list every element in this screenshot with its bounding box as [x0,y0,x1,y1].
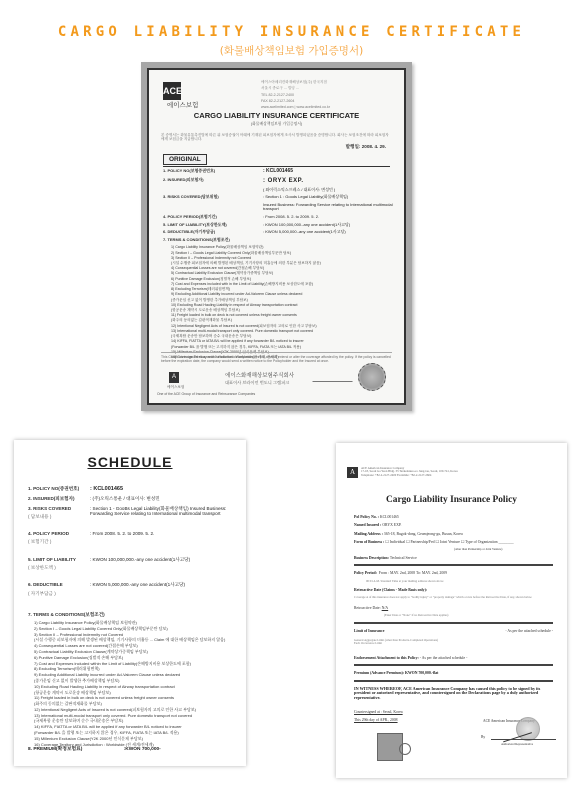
authorized-label: Authorized Representative [501,743,533,746]
retro-date-value: N/A [382,606,389,610]
field-row: 2. INSURED(피보험자): (주)오릭스통운 / 대표이사: 변성민 [28,496,236,501]
term-item: 12) Intentional Negligent Acts of Insure… [171,324,394,328]
premium-value: :KWON 700,000- [124,747,161,752]
stamp-cancel-icon [399,743,411,755]
field-value: : KWON 5,000,000.-any one accident(1사고당) [90,582,236,596]
term-item: 7) Cost and Expenses included with in th… [171,282,394,286]
field-label: Business Description: [354,556,389,560]
term-item: 4) Consequential Losses are not covered(… [171,266,394,270]
schedule-premium: 8. PREMIUM(확정보험료) :KWON 700,000- [28,747,201,753]
field-label: 7. TERMS & CONDITIONS(보험조건) [163,238,263,243]
field-row: 2. INSURED(피보험자): ORYX EXP. [163,178,394,185]
address-line: 서울시 종로구 ... 빌딩 ... [261,86,401,90]
certificate-terms: 1) Cargo Liability Insurance Policy(화물배상… [171,245,394,359]
field-label: 3. RISKS COVERED( 담보내용 ) [28,506,90,520]
field-value: Technical Service [390,556,417,560]
divider [354,622,553,624]
policy-fields: Pol Policy No. : KCL001465Named Insured … [354,515,553,727]
page-subtitle: (화물배상책임보험 가입증명서) [0,43,583,58]
divider [354,564,553,566]
field-label: 6. DEDUCTIBLE( 자기부담금 ) [28,582,90,596]
policy-period-value: From : MAY. 2nd, 2008 To: MAY. 2nd, 2009 [379,571,447,575]
field-label: Mailing Address : [354,532,383,536]
field-label: 4. POLICY PERIOD(보험기간) [163,215,263,220]
signature-icon [312,373,355,382]
field-value: : (주)오릭스통운 / 대표이사: 변성민 [90,496,236,501]
company-seal-icon [358,363,386,391]
by-label: By [481,735,485,739]
premium-label: Premium (Advance Premium): [354,671,404,675]
field-row: 3. RISKS COVERED(담보위험): Section 1 : Good… [163,195,394,200]
signature-line [491,739,556,740]
endorsement-value: - As per the attached schedule - [420,656,468,660]
policy-period-note: 00:01 A.M. Standard Time at your mailing… [366,580,553,583]
schedule-title: SCHEDULE [14,454,246,470]
certificate-intro: 본 증명서는 화물유통촉진법에 따른 위 보험증권이 아래에 기재된 피보험자에… [161,133,392,141]
company-name: 에이스화재해상보험주식회사 [225,373,294,379]
footer-logo-text: 에이스보험 [167,385,184,389]
certificate-footer-note: This Certificate is issued as a matter o… [161,352,392,364]
field-row: 1. POLICY NO(보험증권번호): KCL001465 [163,169,394,175]
countersigned: Countersigned at : Seoul, Korea [354,710,403,714]
field-label: 4. POLICY PERIOD( 보험기간 ) [28,531,90,545]
field-value: (other than Partnership or Joint Venture… [454,547,502,551]
field-label: 6. DEDUCTIBLE(자기부담금) [163,230,263,235]
ace-logo-icon: A [169,372,179,383]
endorsement-label: Endorsement Attachment to this Policy: [354,656,419,660]
divider [354,664,553,666]
field-value: : KWON 100,000,000.-any one accident(1사고… [263,223,394,228]
divider [163,166,390,167]
field-row: ( 와이릭스익스프레스 / 대표이사: 변성민 ) [163,188,394,193]
field-value: : Section 1 : Goods Legal Liability(화물배상… [263,195,394,200]
term-item: 11) Freight loaded in bulk on deck is no… [171,313,394,317]
field-label: Pol Policy No. : [354,515,379,519]
field-label: 3. RISKS COVERED(담보위험) [163,195,263,200]
field-row: 4. POLICY PERIOD( 보험기간 ): From 2008. 5. … [28,531,236,545]
term-item: 1) Cargo Liability Insurance Policy(화물배상… [171,245,394,249]
field-value [263,238,394,243]
field-value: Insured Business: Forwarding Service rel… [263,203,394,212]
field-value: : Section 1 - GooBs Legal Liability(화물배상… [90,506,236,520]
term-item: (항공운송 계약시 도로운송 배상책임 부담보) [171,308,394,312]
term-item: (화주의 동의없는 갑판적재화물 부담보) [34,702,236,707]
term-item: 2) Section I – Goods Legal Liability Cov… [34,627,236,632]
policy-document: A ACE American Insurance Company17-18, S… [336,443,567,778]
field-label: Form of Business : [354,540,384,544]
term-item: 6) Punitive Damage Exclusion(징벌적 손해 부담보) [171,277,394,281]
field-label: 5. LIMIT OF LIABILITY(보상한도액) [163,223,263,228]
term-item: (Forwarder B/L 을 발행 또는 고지하지 않은 경우, KIFFA… [171,345,394,349]
original-stamp: ORIGINAL [163,154,207,165]
field-sublabel: ( 보상한도액 ) [28,565,90,570]
field-label [163,203,263,212]
field-value: : From 2008. 5. 2. to 2009. 5. 2. [263,215,394,220]
field-value: : KWON 5,000,000.-any one accident(1사고당) [263,230,394,235]
field-label: 2. INSURED(피보험자) [28,496,90,501]
field-value: : KCL001465 [263,169,394,175]
ace-logo-icon: A [347,467,358,478]
limit-label: Limit of Insurance [354,629,384,633]
term-item: 6) Punitive Damage Exclusion(징벌적 손해 부담보) [34,656,236,661]
ace-logo-icon: ACE [163,82,181,100]
certificate-logo-text: 에이스보험 [167,102,198,109]
term-item: 10) Excluding Road Hauling Liability in … [171,303,394,307]
field-label: 1. POLICY NO(보험증권번호) [163,169,263,175]
term-item: 5) Contractual Liability Exclusion Claus… [171,271,394,275]
schedule-fields: 1. POLICY NO(증권번호): KCL0014652. INSURED(… [28,486,236,748]
field-row: Mailing Address : 365-18, Bugok-dong, Ge… [354,532,553,536]
company-representative: 대표이사 브라이언 번도니 그렘퍼크 [225,381,289,386]
term-item: (종가운임 신고 없이 발생한 추가배상책임 부담보) [171,298,394,302]
limit-value: - As per the attached schedule - [505,629,553,633]
field-value: : From 2008. 5. 2. to 2009. 5. 2. [90,531,236,545]
retro-date-label: Retroactive Date: [354,606,381,610]
retro-heading: Retroactive Date (Claims - Made Basis on… [354,588,427,592]
terms-heading: 7. TERMS & CONDITIONS(보험조건) [28,612,105,617]
field-sublabel: ( 보험기간 ) [28,539,90,544]
field-value: 365-18, Bugok-dong, Geumjeong-gu, Busan,… [384,532,463,536]
field-row: 1. POLICY NO(증권번호): KCL001465 [28,486,236,492]
field-row: 6. DEDUCTIBLE( 자기부담금 ): KWON 5,000,000.-… [28,582,236,596]
field-value: : KCL001465 [90,486,236,492]
retro-date-note: (Enter Date or "None" if no Retroactive … [384,614,553,617]
witness-text: IN WITNESS WHEREOF, ACE American Insuran… [354,687,553,701]
term-item: (종가운임 신고 없이 발생한 추가배상책임 부담보) [34,679,236,684]
field-value: ORYX EXP. [382,523,401,527]
field-row: 4. POLICY PERIOD(보험기간): From 2008. 5. 2.… [163,215,394,220]
term-item: 14) KIFFA, FIATTA or IATA B/L will be ap… [171,339,394,343]
address-line: FAX 82-2-2127-2604 [261,99,401,103]
term-item: 3) Section II – Professional Indemnity n… [171,256,394,260]
field-row: Form of Business : ☐ Individual ☐ Partne… [354,540,553,544]
field-row: Business Description: Technical Service [354,556,553,560]
field-label: 5. LIMIT OF LIABILITY( 보상한도액 ) [28,557,90,571]
field-row: 5. LIMIT OF LIABILITY(보상한도액): KWON 100,0… [163,223,394,228]
term-item: 2) Section I – Goods Legal Liability Cov… [171,251,394,255]
policy-period-label: Policy Period: [354,571,377,575]
term-item: (국제복합 운송만 담보하며 순수 국내운송은 부담보) [171,334,394,338]
term-item: 8) Excluding Terrorism(테러위험면책) [171,287,394,291]
certificate-address: 에이스아메리칸화재해상보험(주) 한국지점서울시 종로구 ... 빌딩 ...T… [261,80,401,112]
policy-address: ACE American Insurance Company17-18, Seo… [361,467,458,477]
term-item: 10) Excluding Road Hauling Liability in … [34,685,236,690]
certificate-fields: 1. POLICY NO(보험증권번호): KCL0014652. INSURE… [163,169,394,360]
field-value: ☐ Individual ☐ Partnership/Fed ☐ Joint V… [385,540,513,544]
field-value: KCL001465 [380,515,399,519]
spacer [28,523,236,531]
term-item: (시설 수행중 피보험자에 의해 발생된 배상책임, 기기사항의 미흡등에 의한… [171,261,394,265]
address-line: 에이스아메리칸화재해상보험(주) 한국지점 [261,80,401,84]
policy-title: Cargo Liability Insurance Policy [336,495,567,506]
signature-block: ACE American Insurance Company By Author… [336,727,567,777]
term-item: (화주의 동의없는 갑판적재화물 부담보) [171,318,394,322]
premium-value: KWON 700,000.-flat [405,671,438,675]
field-row: 5. LIMIT OF LIABILITY( 보상한도액 ): KWON 100… [28,557,236,571]
certificate-title: CARGO LIABILITY INSURANCE CERTIFICATE [149,112,404,121]
schedule-document: SCHEDULE 1. POLICY NO(증권번호): KCL0014652.… [14,440,246,766]
certificate-document: ACE 에이스보험 에이스아메리칸화재해상보험(주) 한국지점서울시 종로구 .… [147,68,406,405]
field-row: Named Insured : ORYX EXP. [354,523,553,527]
address-line: TEL 82-2-2127-2400 [261,93,401,97]
field-row: 3. RISKS COVERED( 담보내용 ): Section 1 - Go… [28,506,236,520]
group-text: One of the ACE Group of Insurance and Re… [157,393,255,397]
certificate-subtitle: (화물배상책임보험 가입증명서) [149,122,404,126]
certificate-image: ACE 에이스보험 에이스아메리칸화재해상보험(주) 한국지점서울시 종로구 .… [141,62,412,411]
term-item: (Forwarder B/L 을 발행 또는 고지하지 않은 경우, KIFFA… [34,731,236,736]
field-sublabel: ( 담보내용 ) [28,514,90,519]
field-row: (other than Partnership or Joint Venture… [454,548,553,551]
spacer [28,600,236,608]
date-line: This 29th day of APR., 2008 [354,718,398,722]
term-item: 13) International multi-modal transport … [171,329,394,333]
address-line: Telephone: +82-2-2127-2400 Facsimile: +8… [361,474,458,477]
field-row: 7. TERMS & CONDITIONS(보험조건) [163,238,394,243]
field-value: ( 와이릭스익스프레스 / 대표이사: 변성민 ) [263,188,394,193]
spacer [28,549,236,557]
term-item: 5) Contractual Liability Exclusion Claus… [34,650,236,655]
page-title: Cargo Liability Insurance Certificate [0,24,583,40]
term-item: 12) Intentional Negligent Acts of Insure… [34,708,236,713]
certificate-issue-date: 발행일: 2008. 4. 29. [346,144,386,149]
schedule-terms: 1) Cargo Liability Insurance Policy(화물배상… [34,621,236,747]
retro-text: Coverage A of this insurance does not ap… [354,596,553,599]
address-line: www.acelimited.com | www.acelimited.co.k… [261,105,401,109]
field-row: Insured Business: Forwarding Service rel… [163,203,394,212]
field-row: Pol Policy No. : KCL001465 [354,515,553,519]
each-occurrence-label: Each Occurrence Limit [354,642,553,645]
field-sublabel: ( 자기부담금 ) [28,591,90,596]
divider [354,680,553,682]
field-value: : ORYX EXP. [263,178,394,185]
field-label [163,188,263,193]
field-label: 1. POLICY NO(증권번호) [28,486,90,492]
term-item: 9) Excluding Additional Liability incurr… [171,292,394,296]
field-value: : KWON 100,000,000.-any one accident(1사고… [90,557,236,571]
premium-label: 8. PREMIUM(확정보험료) [28,747,82,752]
term-item: 15) Millenium Exclusion Clause(Y2K 2000년… [34,737,236,742]
field-row: 6. DEDUCTIBLE(자기부담금): KWON 5,000,000.-an… [163,230,394,235]
field-label: 2. INSURED(피보험자) [163,178,263,185]
field-label: Named Insured : [354,523,381,527]
